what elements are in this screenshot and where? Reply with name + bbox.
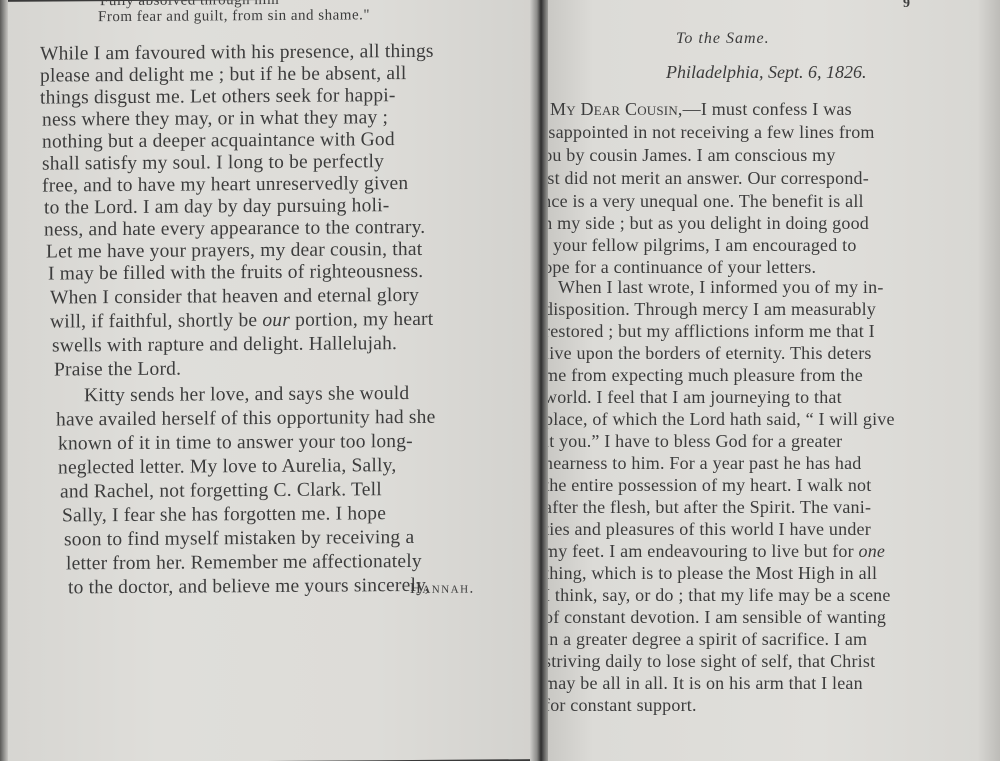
text-line: the entire possession of my heart. I wal… (548, 474, 871, 496)
text-line: and Rachel, not forgetting C. Clark. Tel… (60, 479, 382, 503)
text-line: swells with rapture and delight. Hallelu… (52, 333, 397, 357)
right-page: 9 To the Same. Philadelphia, Sept. 6, 18… (548, 0, 1000, 761)
text-line: My Dear Cousin,—I must confess I was (550, 98, 852, 120)
text-line: it you.” I have to bless God for a great… (548, 430, 842, 452)
text-line: on my side ; but as you delight in doing… (548, 212, 869, 234)
text-line: restored ; but my afflictions inform me … (548, 320, 875, 342)
text-line: me from expecting much pleasure from the (548, 364, 863, 386)
text-line: Kitty sends her love, and says she would (84, 383, 409, 407)
text-line: my feet. I am endeavouring to live but f… (548, 540, 885, 562)
text-line: striving daily to lose sight of self, th… (548, 650, 875, 672)
text-line: When I last wrote, I informed you of my … (558, 276, 884, 298)
page-number: 9 (903, 0, 910, 12)
book-edge (0, 0, 8, 761)
text-line: hope for a continuance of your letters. (548, 256, 816, 278)
text-line: of constant devotion. I am sensible of w… (548, 606, 886, 628)
text-line: I may be filled with the fruits of right… (48, 261, 423, 286)
text-line: Sally, I fear she has forgotten me. I ho… (62, 503, 386, 527)
text-line: in a greater degree a spirit of sacrific… (548, 628, 867, 650)
text-fragment: my feet. I am endeavouring to live but f… (548, 541, 854, 561)
text-line: nearness to him. For a year past he has … (548, 452, 862, 474)
text-line: shall satisfy my soul. I long to be perf… (42, 151, 384, 175)
text-line: for constant support. (548, 694, 697, 716)
text-line: may be all in all. It is on his arm that… (548, 672, 863, 694)
text-line: When I consider that heaven and eternal … (50, 285, 419, 310)
text-line: ness where they may, or in what they may… (42, 107, 388, 131)
text-line: ness, and hate every appearance to the c… (44, 217, 425, 242)
text-line: live upon the borders of eternity. This … (548, 342, 872, 364)
text-fragment: portion, my heart (290, 309, 433, 331)
signature: Hannah. (410, 581, 475, 598)
text-line: last did not merit an answer. Our corres… (548, 167, 869, 189)
text-line: things disgust me. Let others seek for h… (40, 85, 396, 109)
text-fragment: will, if faithful, shortly be (50, 310, 257, 332)
text-line: ence is a very unequal one. The benefit … (548, 190, 864, 212)
emphasis: our (262, 310, 290, 331)
text-line: you by cousin James. I am conscious my (548, 144, 836, 166)
text-line: disappointed in not receiving a few line… (548, 121, 875, 143)
text-line: I think, say, or do ; that my life may b… (548, 584, 891, 606)
text-line: thing, which is to please the Most High … (548, 562, 877, 584)
dateline: Philadelphia, Sept. 6, 1826. (666, 62, 866, 83)
text-line: to your fellow pilgrims, I am encouraged… (548, 234, 857, 256)
text-line: Praise the Lord. (54, 359, 181, 382)
text-line: place, of which the Lord hath said, “ I … (548, 408, 895, 430)
book-gutter (530, 0, 550, 761)
text-fragment: —I must confess I was (683, 99, 852, 119)
text-line: While I am favoured with his presence, a… (40, 41, 434, 66)
salutation: My Dear Cousin, (550, 99, 683, 119)
text-line: disposition. Through mercy I am measurab… (548, 298, 876, 320)
text-line: after the flesh, but after the Spirit. T… (548, 496, 871, 518)
verse-line: From fear and guilt, from sin and shame.… (98, 7, 370, 26)
text-line: letter from her. Remember me affectionat… (66, 551, 422, 575)
text-line: world. I feel that I am journeying to th… (548, 386, 842, 408)
left-page: Fully absolved through him From fear and… (0, 0, 534, 761)
text-line: Let me have your prayers, my dear cousin… (46, 239, 422, 264)
text-line: have availed herself of this opportunity… (56, 407, 435, 432)
text-line: ties and pleasures of this world I have … (548, 518, 871, 540)
text-line: to the Lord. I am day by day pursuing ho… (44, 195, 389, 219)
text-line: free, and to have my heart unreservedly … (42, 173, 408, 198)
letter-heading: To the Same. (676, 30, 770, 48)
text-line: soon to find myself mistaken by receivin… (64, 527, 414, 551)
text-line: to the doctor, and believe me yours sinc… (68, 575, 430, 600)
text-line: known of it in time to answer your too l… (58, 431, 413, 455)
text-line: will, if faithful, shortly be our portio… (50, 309, 433, 334)
text-line: please and delight me ; but if he be abs… (40, 63, 406, 88)
text-line: nothing but a deeper acquaintance with G… (42, 129, 395, 153)
emphasis: one (859, 541, 886, 561)
text-line: neglected letter. My love to Aurelia, Sa… (58, 455, 396, 479)
